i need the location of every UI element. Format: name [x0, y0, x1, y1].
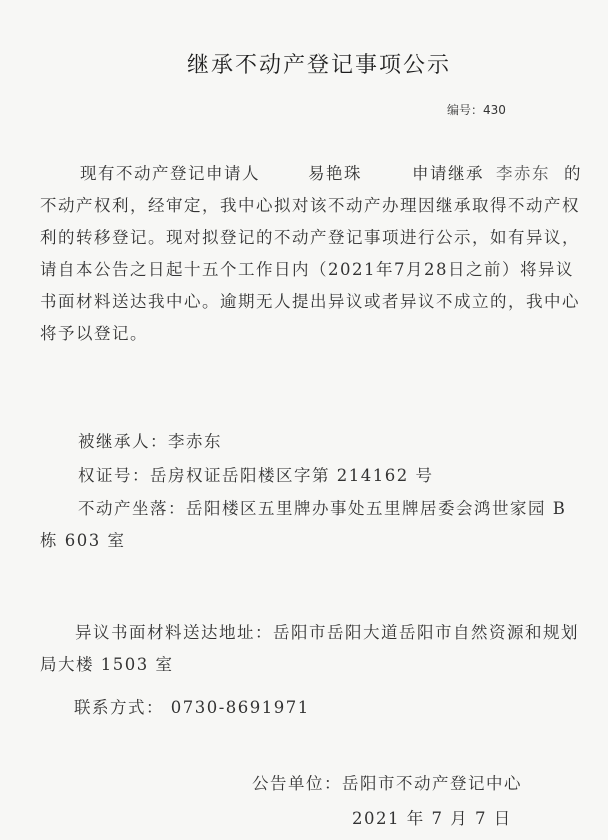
contact-field: 联系方式： 0730-8691971 [74, 694, 310, 718]
intro-text: 现有不动产登记申请人 [80, 164, 260, 183]
decedent-inline: 李赤东 [496, 164, 550, 183]
cert-number-field: 权证号：岳房权证岳阳楼区字第 214162 号 [78, 462, 433, 486]
notice-paragraph: 现有不动产登记申请人易艳珠申请继承李赤东的不动产权利，经审定，我中心拟对该不动产… [40, 158, 585, 350]
inherit-label: 申请继承 [412, 164, 484, 183]
document-title: 继承不动产登记事项公示 [0, 48, 608, 79]
issuer: 公告单位：岳阳市不动产登记中心 [252, 770, 522, 794]
issue-date: 2021 年 7 月 7 日 [352, 805, 512, 829]
document-number-value: 430 [483, 103, 506, 117]
objection-address-field: 异议书面材料送达地址：岳阳市岳阳大道岳阳市自然资源和规划局大楼 1503 室 [40, 617, 580, 681]
notice-body-text: 的不动产权利，经审定，我中心拟对该不动产办理因继承取得不动产权利的转移登记。现对… [40, 164, 582, 343]
property-location-field: 不动产坐落：岳阳楼区五里牌办事处五里牌居委会鸿世家园 B 栋 603 室 [40, 493, 580, 557]
decedent-field: 被继承人：李赤东 [78, 428, 222, 452]
applicant-name: 易艳珠 [308, 164, 362, 183]
document-number-label: 编号： [447, 103, 483, 117]
document-number: 编号：430 [447, 101, 506, 118]
